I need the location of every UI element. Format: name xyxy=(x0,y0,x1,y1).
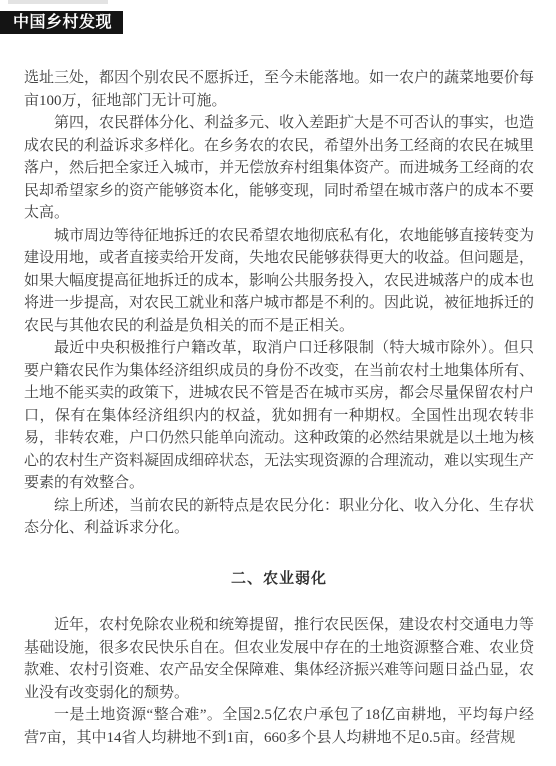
scan-edge-artifact xyxy=(8,0,108,4)
paragraph: 综上所述，当前农民的新特点是农民分化：职业分化、收入分化、生存状态分化、利益诉求… xyxy=(24,495,534,540)
paragraph: 近年，农村免除农业税和统筹提留，推行农民医保，建设农村交通电力等基础设施，很多农… xyxy=(24,614,534,704)
site-badge: 中国乡村发现 xyxy=(0,11,123,34)
paragraph: 最近中央积极推行户籍改革，取消户口迁移限制（特大城市除外）。但只要户籍农民作为集… xyxy=(24,337,534,495)
paragraph: 选址三处，都因个别农民不愿拆迁，至今未能落地。如一农户的蔬菜地要价每亩100万，… xyxy=(24,67,534,112)
site-badge-text: 中国乡村发现 xyxy=(13,14,112,31)
paragraph: 一是土地资源“整合难”。全国2.5亿农户承包了18亿亩耕地，平均每户经营7亩，其… xyxy=(24,704,534,749)
article-body: 选址三处，都因个别农民不愿拆迁，至今未能落地。如一农户的蔬菜地要价每亩100万，… xyxy=(24,67,534,749)
section-heading: 二、农业弱化 xyxy=(24,568,534,591)
paragraph: 第四，农民群体分化、利益多元、收入差距扩大是不可否认的事实，也造成农民的利益诉求… xyxy=(24,112,534,225)
paragraph: 城市周边等待征地拆迁的农民希望农地彻底私有化，农地能够直接转变为建设用地，或者直… xyxy=(24,225,534,338)
document-page: 中国乡村发现 选址三处，都因个别农民不愿拆迁，至今未能落地。如一农户的蔬菜地要价… xyxy=(0,0,556,766)
